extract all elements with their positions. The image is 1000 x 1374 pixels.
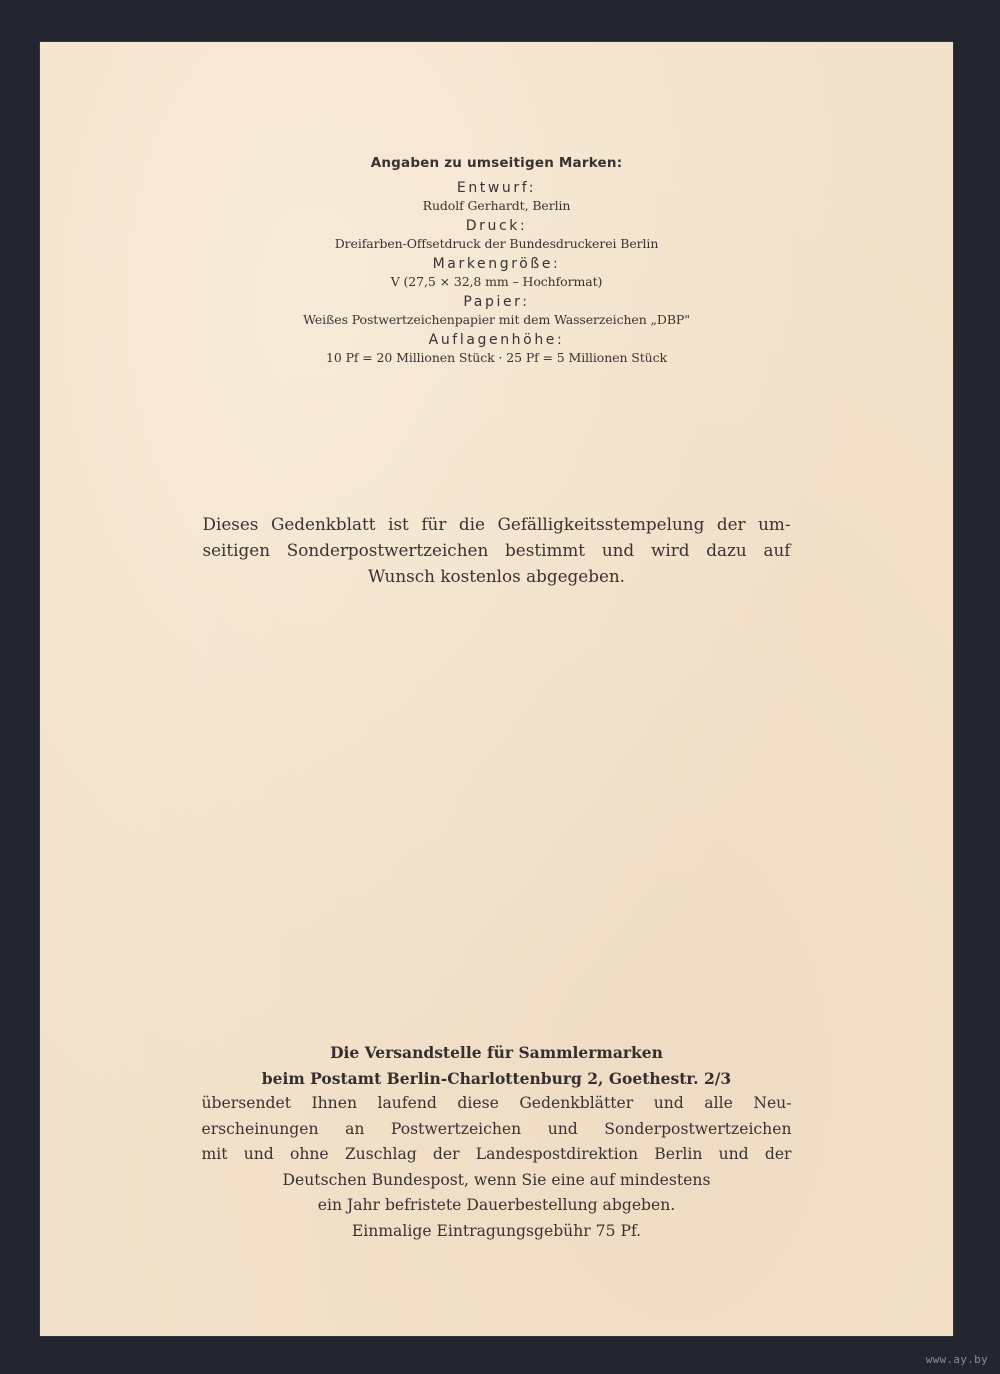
service-text-line: ein Jahr befristete Dauerbestellung abge…	[40, 1193, 953, 1219]
spec-item-design: Entwurf: Rudolf Gerhardt, Berlin	[40, 179, 953, 215]
service-address: beim Postamt Berlin-Charlottenburg 2, Go…	[40, 1066, 953, 1092]
notice-line: Wunsch kostenlos abgegeben.	[40, 563, 953, 589]
spec-item-stamp-size: Markengröße: V (27,5 × 32,8 mm – Hochfor…	[40, 255, 953, 291]
spec-item-print-run: Auflagenhöhe: 10 Pf = 20 Millionen Stück…	[40, 331, 953, 367]
service-text-line: Deutschen Bundespost, wenn Sie eine auf …	[40, 1168, 953, 1194]
stamp-specifications: Angaben zu umseitigen Marken: Entwurf: R…	[40, 154, 953, 369]
spec-label: Entwurf:	[40, 179, 953, 197]
service-text-line: übersendet Ihnen laufend diese Gedenkblä…	[202, 1091, 792, 1117]
spec-value: 10 Pf = 20 Millionen Stück · 25 Pf = 5 M…	[40, 349, 953, 367]
service-text-line: erscheinungen an Postwertzeichen und Son…	[202, 1117, 792, 1143]
spec-value: Rudolf Gerhardt, Berlin	[40, 197, 953, 215]
spec-label: Papier:	[40, 293, 953, 311]
notice-line: Dieses Gedenkblatt ist für die Gefälligk…	[203, 511, 791, 537]
service-text-line: mit und ohne Zuschlag der Landespostdire…	[202, 1142, 792, 1168]
spec-value: V (27,5 × 32,8 mm – Hochformat)	[40, 273, 953, 291]
registration-fee: Einmalige Eintragungsgebühr 75 Pf.	[40, 1219, 953, 1245]
spec-label: Markengröße:	[40, 255, 953, 273]
spec-value: Weißes Postwertzeichenpapier mit dem Was…	[40, 311, 953, 329]
commemorative-sheet: Angaben zu umseitigen Marken: Entwurf: R…	[40, 42, 953, 1336]
cancellation-notice: Dieses Gedenkblatt ist für die Gefälligk…	[40, 511, 953, 589]
spec-item-paper: Papier: Weißes Postwertzeichenpapier mit…	[40, 293, 953, 329]
specifications-heading: Angaben zu umseitigen Marken:	[40, 154, 953, 172]
source-watermark: www.ay.by	[926, 1353, 988, 1366]
collector-service-info: Die Versandstelle für Sammlermarken beim…	[40, 1040, 953, 1244]
service-title: Die Versandstelle für Sammlermarken	[40, 1040, 953, 1066]
spec-label: Druck:	[40, 217, 953, 235]
spec-value: Dreifarben-Offsetdruck der Bundesdrucker…	[40, 235, 953, 253]
spec-label: Auflagenhöhe:	[40, 331, 953, 349]
spec-item-printing: Druck: Dreifarben-Offsetdruck der Bundes…	[40, 217, 953, 253]
notice-line: seitigen Sonderpostwertzeichen bestimmt …	[203, 537, 791, 563]
